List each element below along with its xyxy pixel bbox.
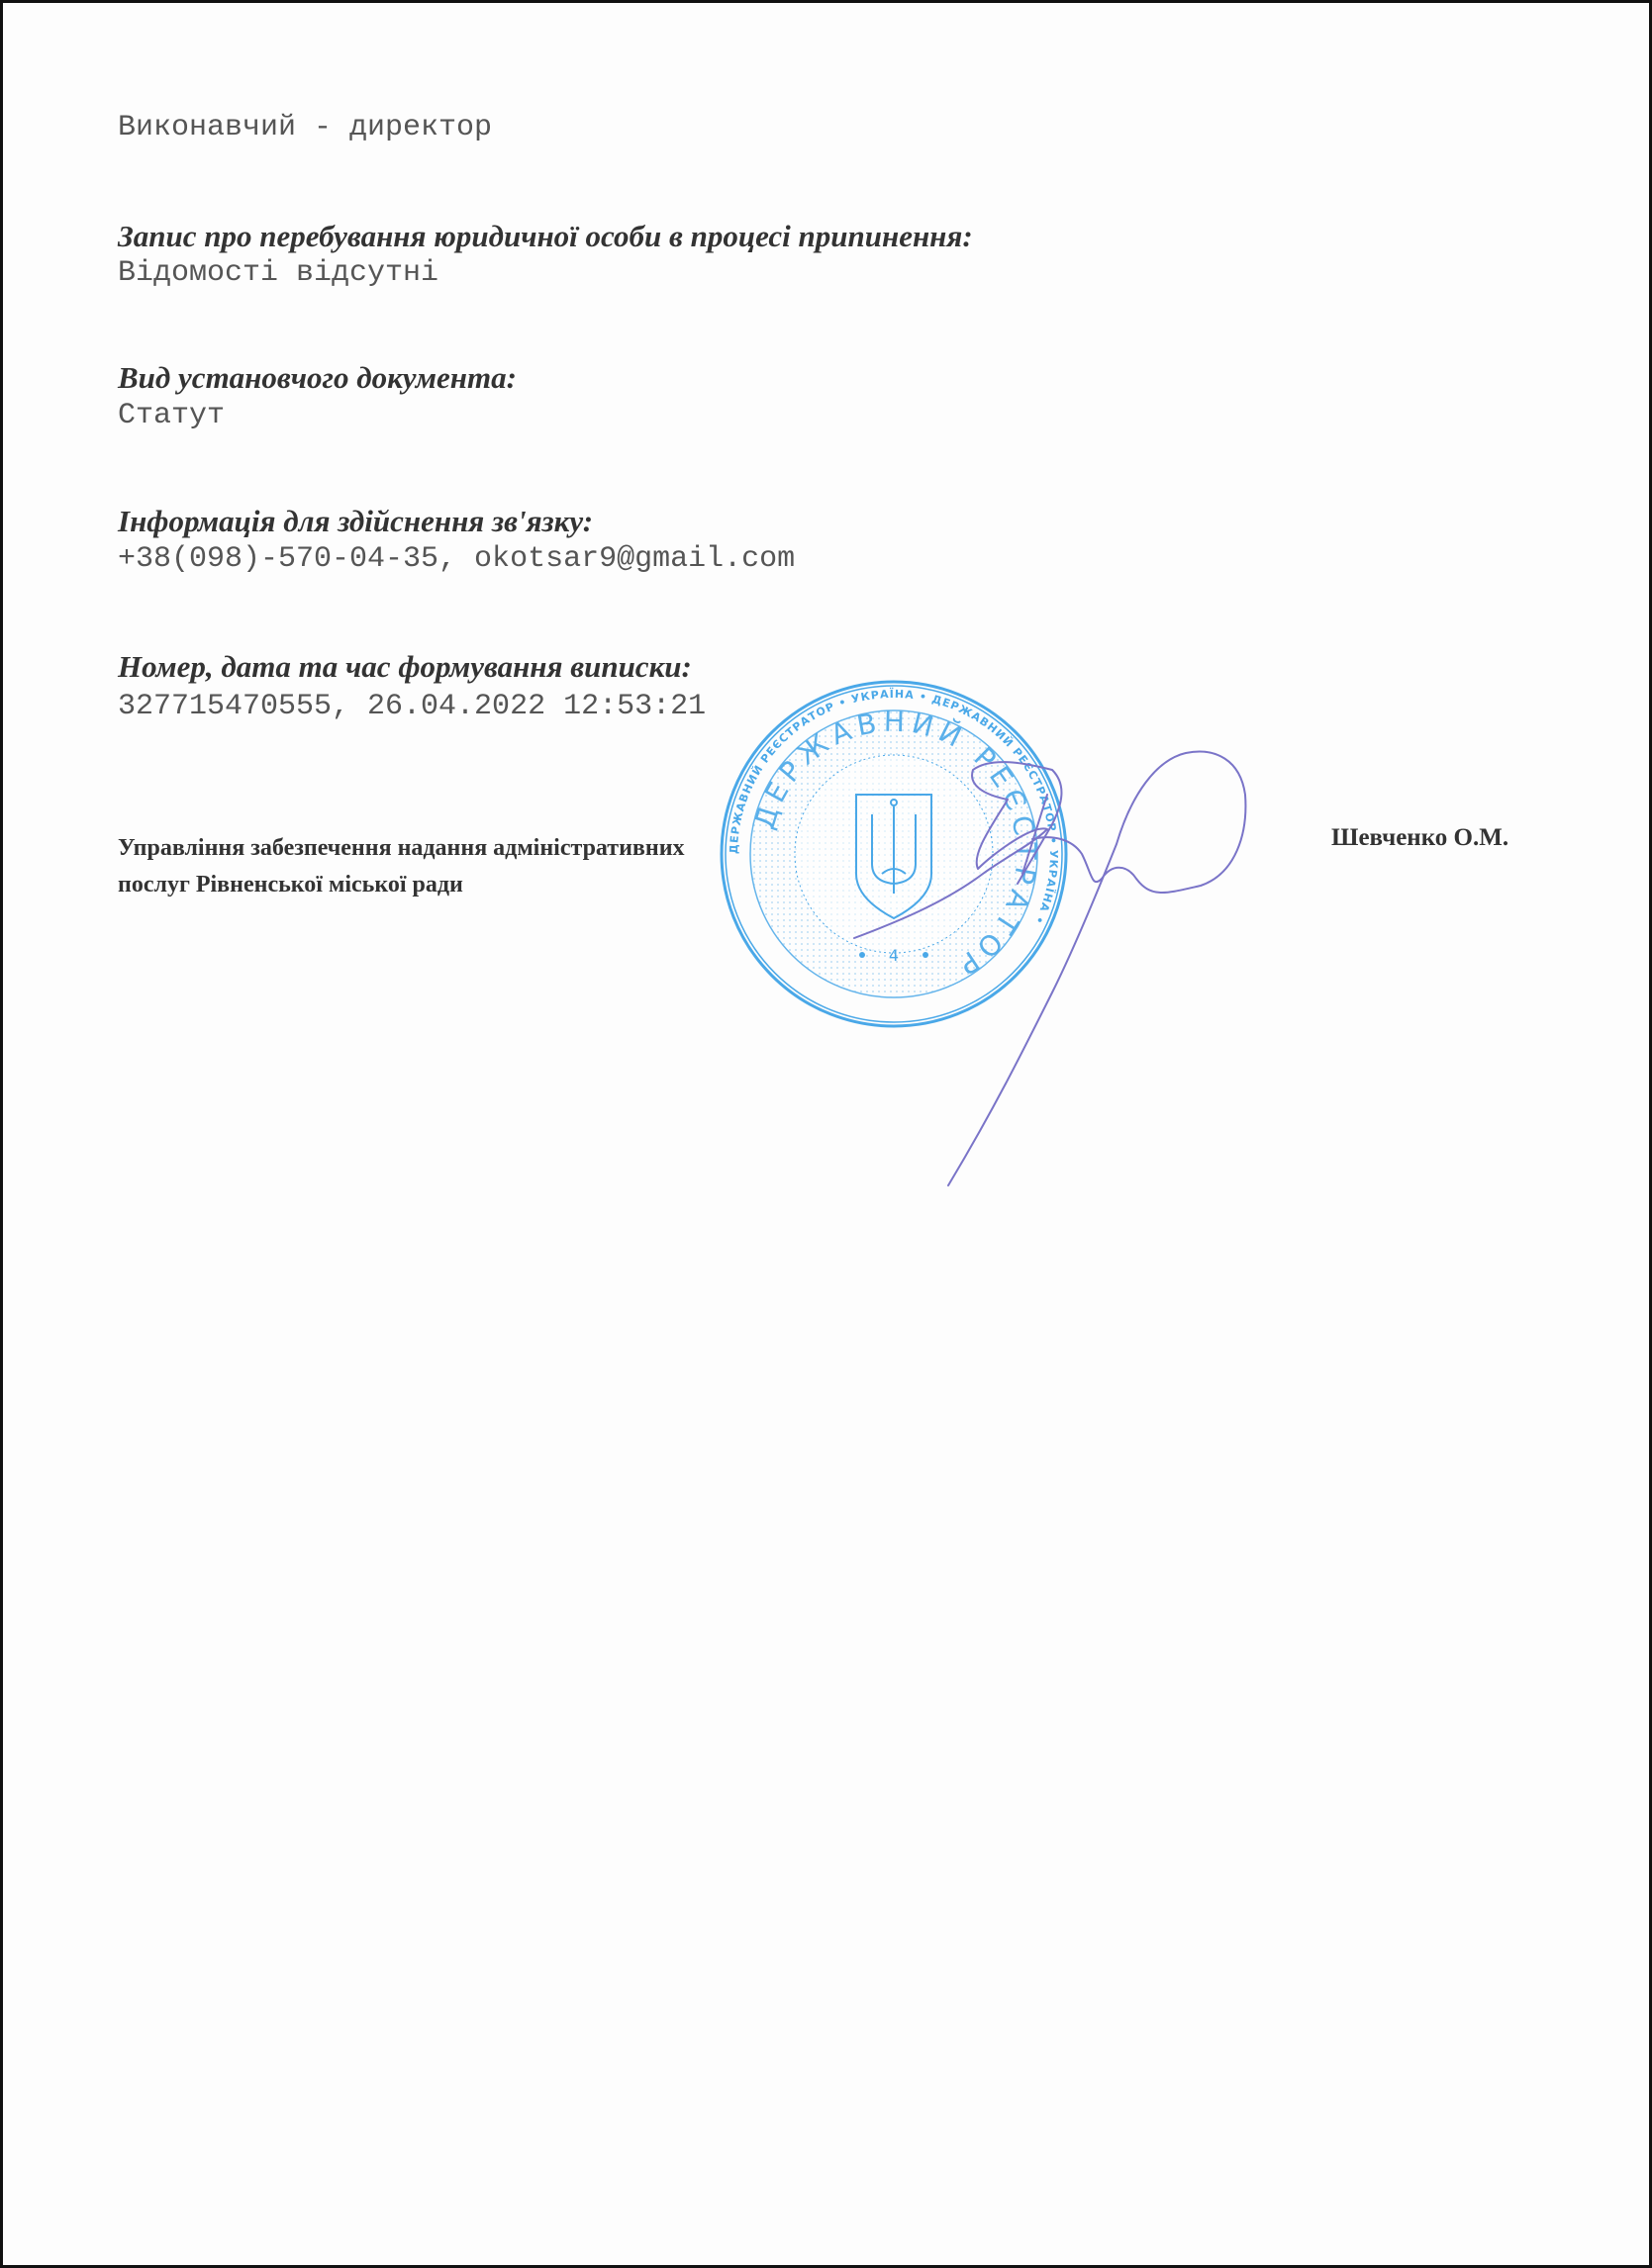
section-value-extract-number: 327715470555, 26.04.2022 12:53:21 bbox=[118, 692, 706, 721]
trident-coat-of-arms-icon bbox=[856, 795, 931, 918]
section-heading-termination: Запис про перебування юридичної особи в … bbox=[118, 221, 973, 251]
stamp-inner-text: ДЕРЖАВНИЙ РЕЄСТРАТОР bbox=[748, 706, 1042, 985]
section-value-founding-document: Статут bbox=[118, 401, 225, 430]
section-value-contact-info: +38(098)-570-04-35, okotsar9@gmail.com bbox=[118, 544, 795, 574]
issuer-organization: Управління забезпечення надання адмініст… bbox=[118, 830, 685, 903]
stamp-number: 4 bbox=[889, 946, 899, 965]
section-heading-founding-document: Вид установчого документа: bbox=[118, 362, 517, 393]
handwritten-signature bbox=[3, 3, 1652, 2268]
position-title: Виконавчий - директор bbox=[118, 113, 492, 142]
official-stamp: ДЕРЖАВНИЙ РЕЄСТРАТОР • УКРАЇНА • ДЕРЖАВН… bbox=[3, 3, 1652, 2268]
stamp-body: ДЕРЖАВНИЙ РЕЄСТРАТОР • УКРАЇНА • ДЕРЖАВН… bbox=[722, 682, 1066, 1026]
stamp-outer-ring-text: ДЕРЖАВНИЙ РЕЄСТРАТОР • УКРАЇНА • ДЕРЖАВН… bbox=[728, 687, 1060, 926]
issuer-line-2: послуг Рівненської міської ради bbox=[118, 867, 685, 903]
document-page: Виконавчий - директор Запис про перебува… bbox=[0, 0, 1652, 2268]
section-value-termination: Відомості відсутні bbox=[118, 258, 438, 288]
section-heading-contact-info: Інформація для здійснення зв'язку: bbox=[118, 506, 593, 536]
issuer-line-1: Управління забезпечення надання адмініст… bbox=[118, 830, 685, 867]
signer-name: Шевченко О.М. bbox=[1331, 824, 1508, 852]
section-heading-extract-number: Номер, дата та час формування виписки: bbox=[118, 651, 692, 682]
